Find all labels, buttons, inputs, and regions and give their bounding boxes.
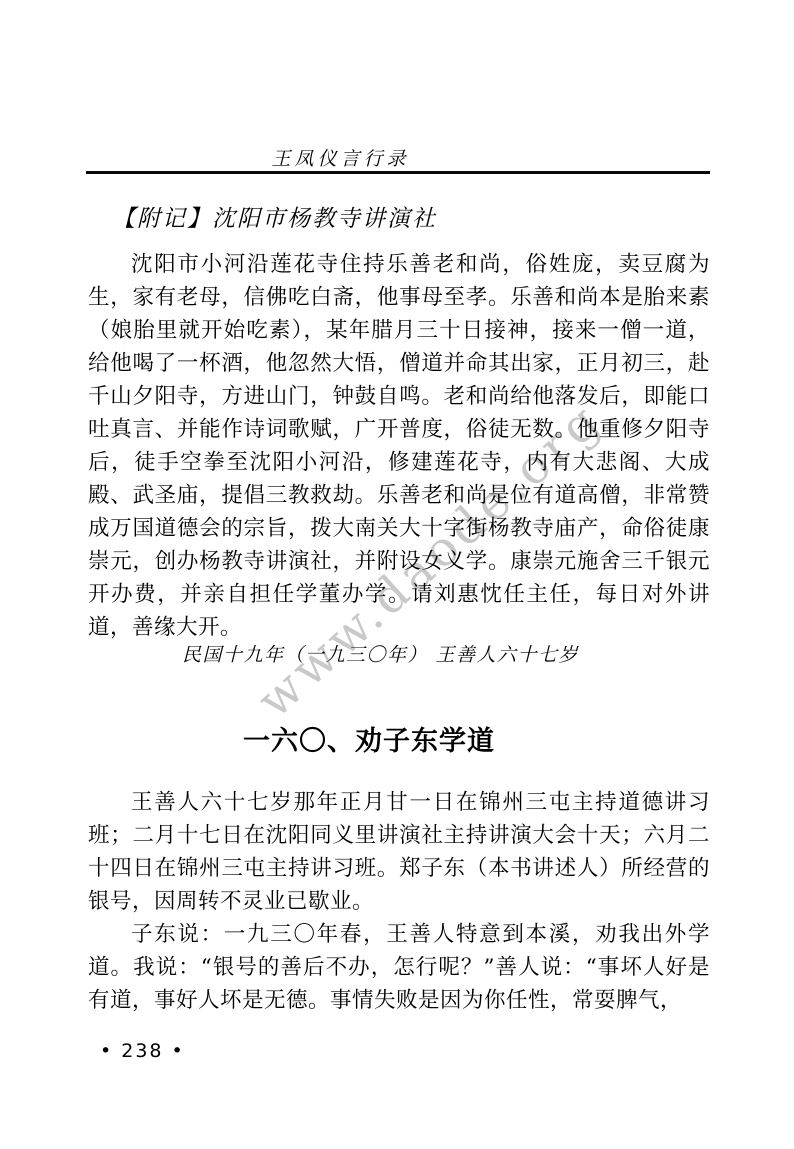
chapter-paragraph-1: 王善人六十七岁那年正月甘一日在锦州三屯主持道德讲习班；二月十七日在沈阳同义里讲演… xyxy=(88,786,710,918)
chapter-paragraph-2: 子东说：一九三〇年春，王善人特意到本溪，劝我出外学道。我说：“银号的善后不办，怎… xyxy=(88,918,710,1017)
book-page: www.daode.org 王凤仪言行录 【附记】沈阳市杨教寺讲演社 沈阳市小河… xyxy=(0,0,794,1149)
date-line: 民国十九年（一九三〇年） 王善人六十七岁 xyxy=(182,640,579,667)
running-head: 王凤仪言行录 xyxy=(88,144,593,171)
appendix-paragraph: 沈阳市小河沿莲花寺住持乐善老和尚，俗姓庞，卖豆腐为生，家有老母，信佛吃白斋，他事… xyxy=(88,248,710,644)
chapter-title: 一六〇、劝子东学道 xyxy=(243,719,495,758)
header-divider xyxy=(86,171,710,174)
chapter-body: 王善人六十七岁那年正月甘一日在锦州三屯主持道德讲习班；二月十七日在沈阳同义里讲演… xyxy=(88,786,710,1017)
page-content: 王凤仪言行录 【附记】沈阳市杨教寺讲演社 沈阳市小河沿莲花寺住持乐善老和尚，俗姓… xyxy=(0,0,794,1149)
appendix-heading: 【附记】沈阳市杨教寺讲演社 xyxy=(112,200,437,233)
page-number: • 238 • xyxy=(100,1040,185,1062)
